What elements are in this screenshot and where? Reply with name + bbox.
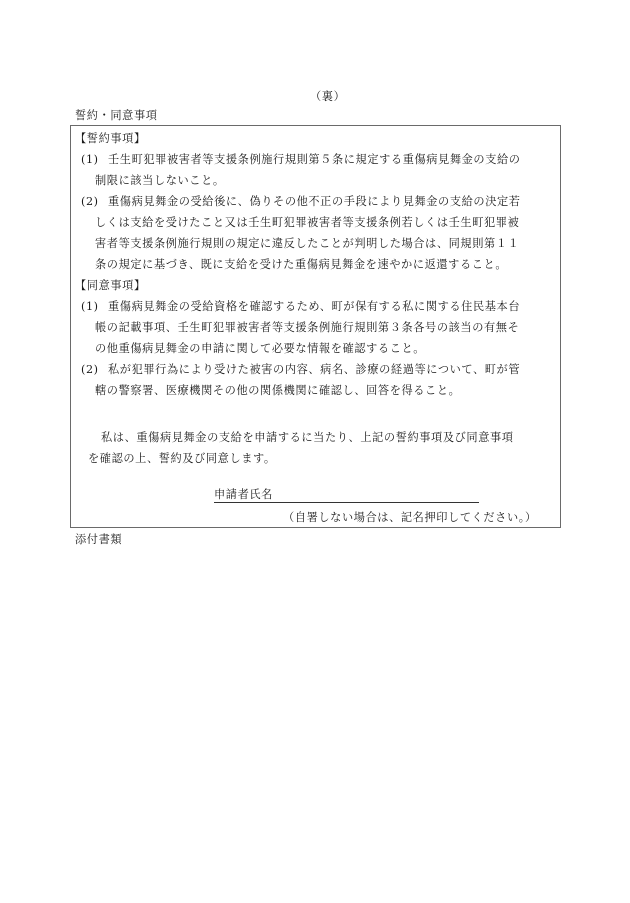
- pledge-item-1-line-1: 壬生町犯罪被害者等支援条例施行規則第５条に規定する重傷病見舞金の支給の: [108, 153, 521, 167]
- pledge-item-2-number: (2): [81, 195, 99, 209]
- pledge-title: 【誓約事項】: [75, 132, 146, 146]
- consent-item-2-line-2: 轄の警察署、医療機関その他の関係機関に確認し、回答を得ること。: [95, 384, 460, 398]
- declaration-line-1: 私は、重傷病見舞金の支給を申請するに当たり、上記の誓約事項及び同意事項: [101, 431, 514, 445]
- consent-item-2-line-1: 私が犯罪行為により受けた被害の内容、病名、診療の経過等について、町が管: [108, 363, 520, 377]
- page-side-label: （裏）: [310, 90, 345, 104]
- pledge-item-2-line-1: 重傷病見舞金の受給後に、偽りその他不正の手段により見舞金の支給の決定若: [108, 195, 521, 209]
- pledge-item-1-number: (1): [81, 153, 99, 167]
- consent-item-1-line-1: 重傷病見舞金の受給資格を確認するため、町が保有する私に関する住民基本台: [108, 300, 520, 314]
- section-heading: 誓約・同意事項: [75, 109, 158, 123]
- pledge-item-2-line-4: 条の規定に基づき、既に支給を受けた重傷病見舞金を速やかに返還すること。: [95, 258, 507, 272]
- consent-item-1-number: (1): [81, 300, 99, 314]
- signature-note: （自署しない場合は、記名押印してください。）: [283, 511, 537, 525]
- consent-item-2-number: (2): [81, 363, 99, 377]
- declaration-line-2: を確認の上、誓約及び同意します。: [88, 452, 276, 466]
- applicant-name-label: 申請者氏名: [214, 488, 273, 502]
- consent-title: 【同意事項】: [75, 279, 146, 293]
- attachments-label: 添付書類: [75, 533, 122, 547]
- pledge-item-2-line-2: しくは支給を受けたこと又は壬生町犯罪被害者等支援条例若しくは壬生町犯罪被: [95, 216, 519, 230]
- applicant-name-field[interactable]: [214, 502, 479, 503]
- consent-item-1-line-2: 帳の記載事項、壬生町犯罪被害者等支援条例施行規則第３条各号の該当の有無そ: [95, 321, 519, 335]
- consent-item-1-line-3: の他重傷病見舞金の申請に関して必要な情報を確認すること。: [95, 342, 425, 356]
- pledge-item-2-line-3: 害者等支援条例施行規則の規定に違反したことが判明した場合は、同規則第１１: [95, 237, 519, 251]
- pledge-item-1-line-2: 制限に該当しないこと。: [95, 174, 225, 188]
